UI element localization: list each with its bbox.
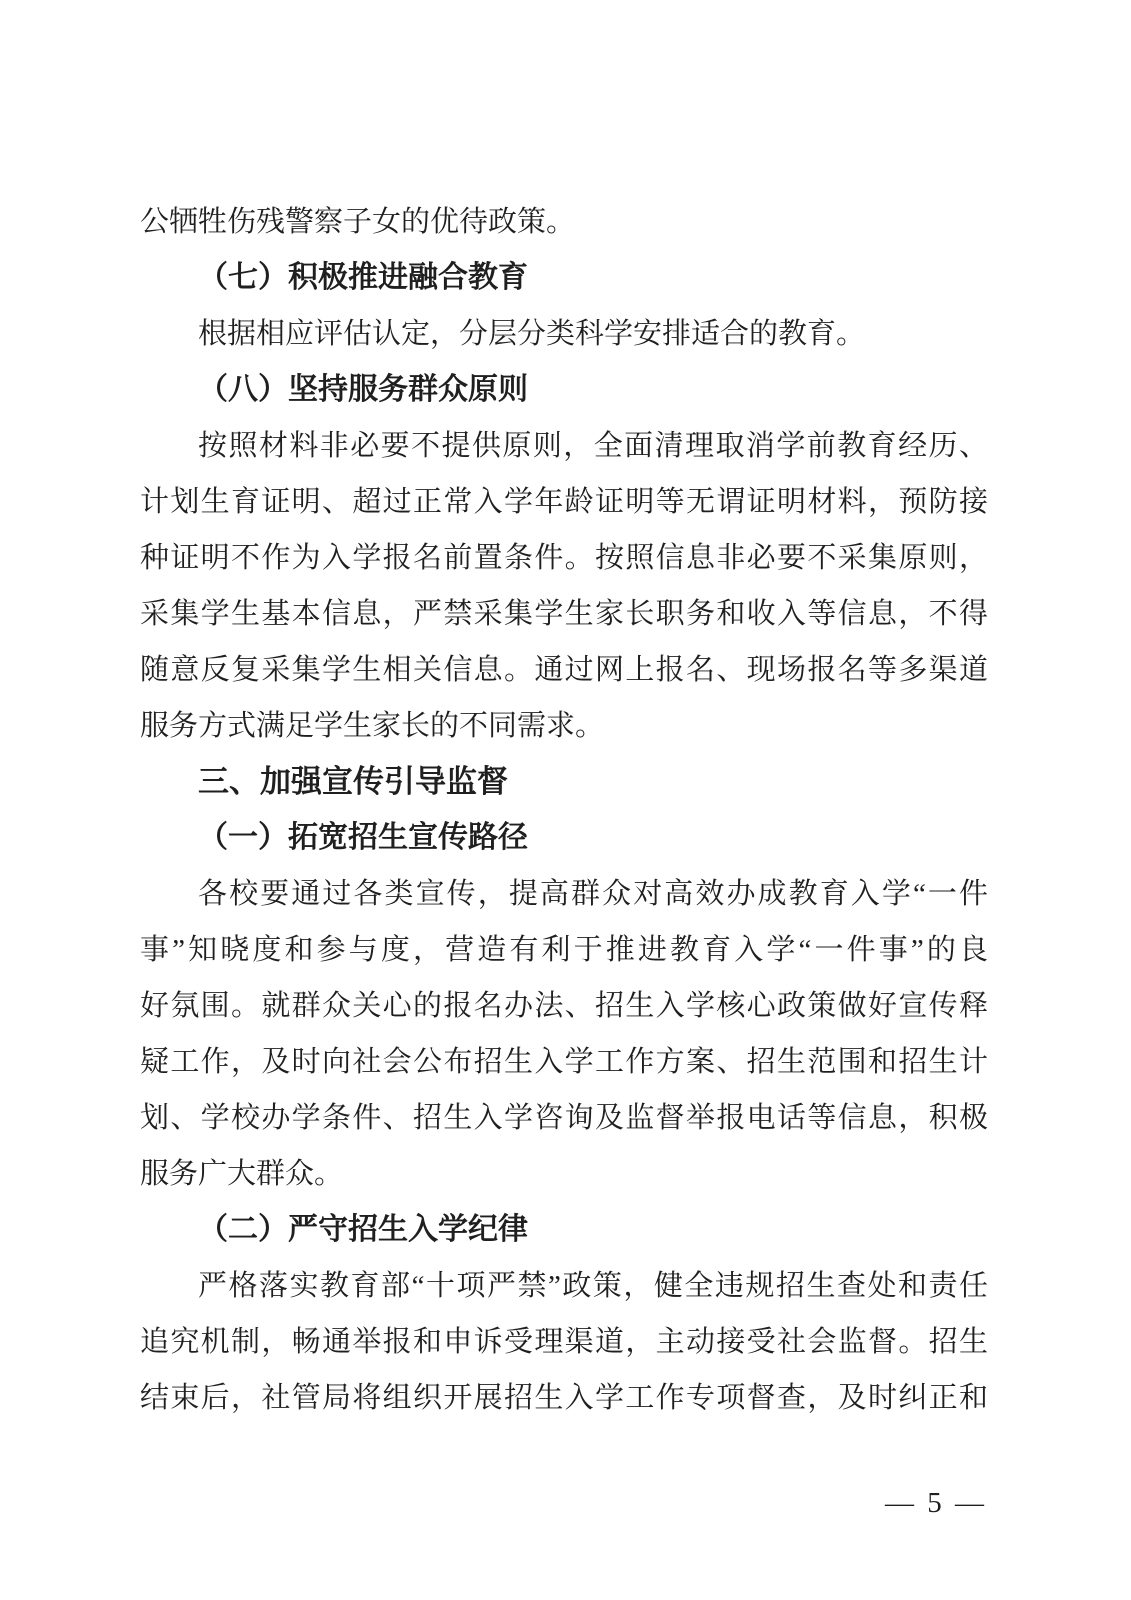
paragraph-line: 公牺牲伤残警察子女的优待政策。 bbox=[140, 194, 988, 250]
paragraph-line: 随意反复采集学生相关信息。通过网上报名、现场报名等多渠道 bbox=[140, 642, 988, 698]
subsection-heading: （一）拓宽招生宣传路径 bbox=[140, 810, 988, 866]
paragraph-line: 服务广大群众。 bbox=[140, 1146, 988, 1202]
paragraph-line: 严格落实教育部“十项严禁”政策，健全违规招生查处和责任 bbox=[140, 1258, 988, 1314]
paragraph-line: 划、学校办学条件、招生入学咨询及监督举报电话等信息，积极 bbox=[140, 1090, 988, 1146]
paragraph-line: 各校要通过各类宣传，提高群众对高效办成教育入学“一件 bbox=[140, 866, 988, 922]
paragraph-line: 结束后，社管局将组织开展招生入学工作专项督查，及时纠正和 bbox=[140, 1370, 988, 1426]
subsection-heading: （八）坚持服务群众原则 bbox=[140, 362, 988, 418]
paragraph-line: 按照材料非必要不提供原则，全面清理取消学前教育经历、 bbox=[140, 418, 988, 474]
paragraph-line: 计划生育证明、超过正常入学年龄证明等无谓证明材料，预防接 bbox=[140, 474, 988, 530]
paragraph-line: 追究机制，畅通举报和申诉受理渠道，主动接受社会监督。招生 bbox=[140, 1314, 988, 1370]
subsection-heading: （七）积极推进融合教育 bbox=[140, 250, 988, 306]
paragraph-line: 疑工作，及时向社会公布招生入学工作方案、招生范围和招生计 bbox=[140, 1034, 988, 1090]
document-body: 公牺牲伤残警察子女的优待政策。（七）积极推进融合教育根据相应评估认定，分层分类科… bbox=[140, 194, 988, 1426]
paragraph-line: 服务方式满足学生家长的不同需求。 bbox=[140, 698, 988, 754]
paragraph-line: 采集学生基本信息，严禁采集学生家长职务和收入等信息，不得 bbox=[140, 586, 988, 642]
paragraph-line: 好氛围。就群众关心的报名办法、招生入学核心政策做好宣传释 bbox=[140, 978, 988, 1034]
subsection-heading: （二）严守招生入学纪律 bbox=[140, 1202, 988, 1258]
section-heading: 三、加强宣传引导监督 bbox=[140, 754, 988, 810]
paragraph-line: 根据相应评估认定，分层分类科学安排适合的教育。 bbox=[140, 306, 988, 362]
paragraph-line: 事”知晓度和参与度，营造有利于推进教育入学“一件事”的良 bbox=[140, 922, 988, 978]
document-page: 公牺牲伤残警察子女的优待政策。（七）积极推进融合教育根据相应评估认定，分层分类科… bbox=[0, 0, 1131, 1600]
page-number: — 5 — bbox=[885, 1479, 987, 1527]
paragraph-line: 种证明不作为入学报名前置条件。按照信息非必要不采集原则， bbox=[140, 530, 988, 586]
